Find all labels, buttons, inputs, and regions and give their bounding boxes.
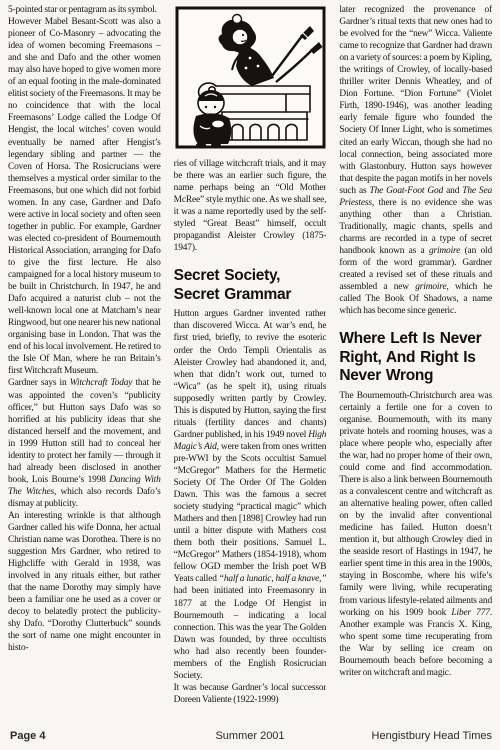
body-paragraph: The Bournemouth-Christchurch area was ce… (339, 390, 492, 679)
witch-on-bench-illustration (174, 6, 327, 151)
body-paragraph: Hutton argues Gardner invented rather th… (174, 308, 327, 681)
body-paragraph: later recognized the provenance of Gardn… (339, 4, 492, 317)
body-paragraph: ries of village witchcraft trials, and i… (174, 158, 327, 254)
hair-flower (232, 15, 241, 24)
publication-title: Hengistbury Head Times (372, 730, 492, 742)
body-paragraph: Gardner says in Witchcraft Today that he… (8, 377, 161, 510)
body-paragraph: It was because Gardner’s local successor… (174, 682, 327, 706)
body-paragraph: However Mabel Besant-Scott was also a pi… (8, 16, 161, 377)
newsletter-page: 5-pointed star or pentagram as its symbo… (0, 0, 500, 750)
body-paragraph: An interesting wrinkle is that although … (8, 510, 161, 655)
section-heading: Where Left Is Never Right, And Right Is … (339, 330, 492, 386)
section-heading: Secret Society, Secret Grammar (174, 267, 327, 304)
column-middle-text: ries of village witchcraft trials, and i… (174, 158, 327, 706)
column-middle: ries of village witchcraft trials, and i… (174, 4, 327, 730)
body-paragraph: 5-pointed star or pentagram as its symbo… (8, 4, 161, 16)
column-right: later recognized the provenance of Gardn… (339, 4, 492, 730)
column-left: 5-pointed star or pentagram as its symbo… (8, 4, 161, 730)
column-layout: 5-pointed star or pentagram as its symbo… (8, 4, 492, 730)
witch-cartoon-figure (174, 6, 327, 151)
bowl (211, 120, 224, 128)
page-footer: Page 4 Summer 2001 Hengistbury Head Time… (0, 730, 500, 748)
